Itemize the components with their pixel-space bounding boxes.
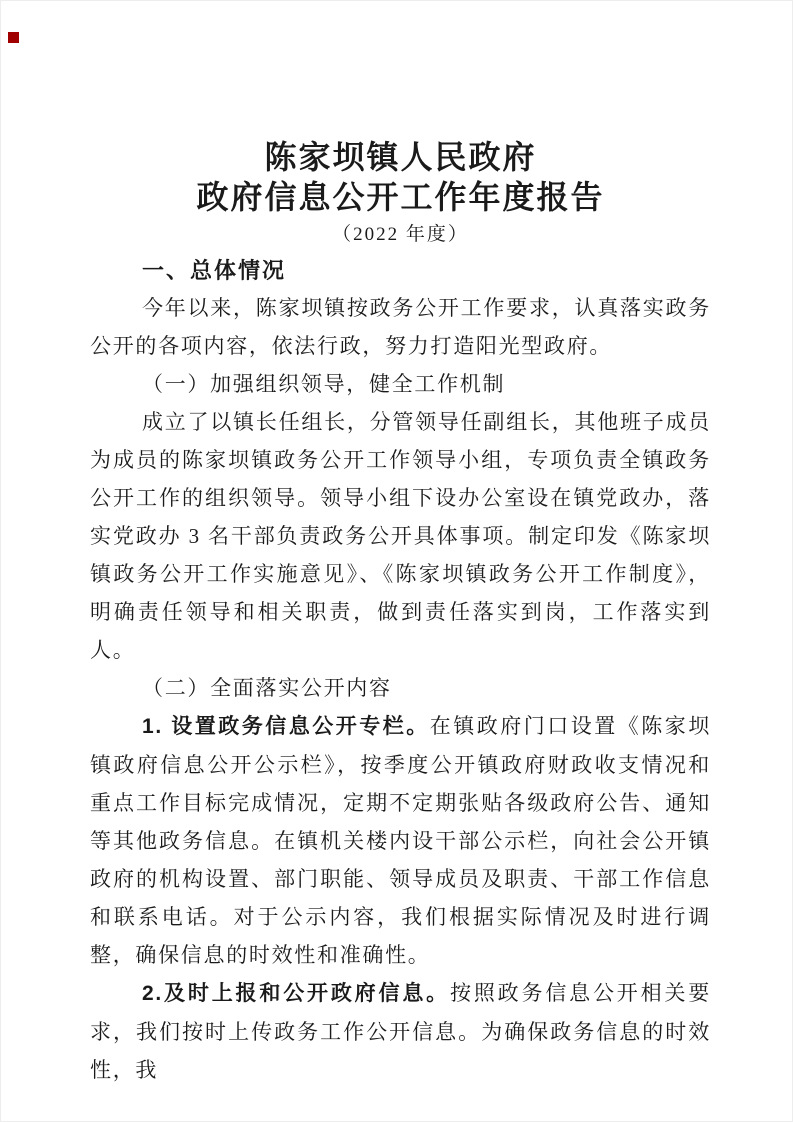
- document-page: 陈家坝镇人民政府 政府信息公开工作年度报告 （2022 年度） 一、总体情况 今…: [0, 0, 793, 1122]
- item-1-lead: 1. 设置政务信息公开专栏。: [142, 715, 430, 738]
- item-1-text: 在镇政府门口设置《陈家坝镇政府信息公开公示栏》，按季度公开镇政府财政收支情况和重…: [90, 714, 711, 967]
- subsection-heading-2: （二）全面落实公开内容: [90, 669, 711, 707]
- document-title-line-1: 陈家坝镇人民政府: [90, 137, 711, 177]
- document-subtitle-year: （2022 年度）: [90, 221, 711, 249]
- section-heading-overall-situation: 一、总体情况: [90, 253, 711, 289]
- document-body: 陈家坝镇人民政府 政府信息公开工作年度报告 （2022 年度） 一、总体情况 今…: [90, 137, 711, 1089]
- subsection-heading-1: （一）加强组织领导，健全工作机制: [90, 365, 711, 403]
- document-title-line-2: 政府信息公开工作年度报告: [90, 177, 711, 217]
- red-corner-marker: [8, 32, 19, 43]
- paragraph-overview: 今年以来，陈家坝镇按政务公开工作要求，认真落实政务公开的各项内容，依法行政，努力…: [90, 289, 711, 365]
- paragraph-item-2: 2.及时上报和公开政府信息。按照政务信息公开相关要求，我们按时上传政务工作公开信…: [90, 974, 711, 1089]
- paragraph-organization-leadership: 成立了以镇长任组长，分管领导任副组长，其他班子成员为成员的陈家坝镇政务公开工作领…: [90, 403, 711, 669]
- item-2-lead: 2.及时上报和公开政府信息。: [142, 982, 450, 1005]
- paragraph-item-1: 1. 设置政务信息公开专栏。在镇政府门口设置《陈家坝镇政府信息公开公示栏》，按季…: [90, 707, 711, 974]
